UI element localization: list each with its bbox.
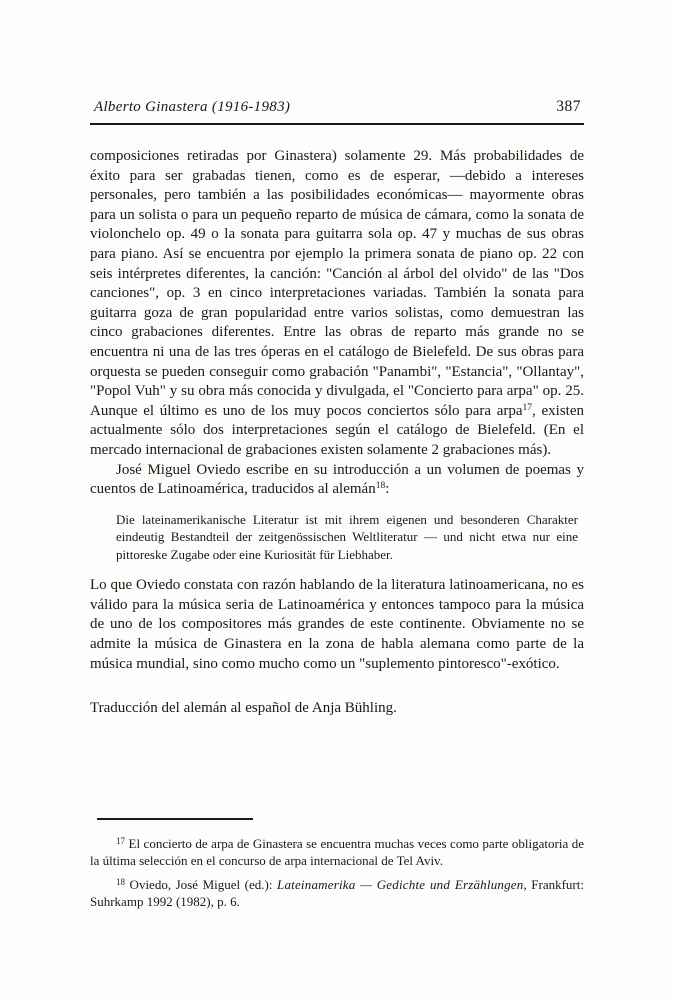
page-number: 387 [556,98,581,116]
scanned-page: Alberto Ginastera (1916-1983) 387 compos… [0,0,674,1000]
body-paragraph-3: Lo que Oviedo constata con razón habland… [90,576,584,674]
running-header-title: Alberto Ginastera (1916-1983) [94,99,290,116]
footnote-ref-18: 18 [376,481,386,491]
footnote-18-text: Oviedo, José Miguel (ed.): [125,877,277,892]
page-content-column: Alberto Ginastera (1916-1983) 387 compos… [90,98,584,719]
body-paragraph-2: José Miguel Oviedo escribe en su introdu… [90,461,584,500]
footnotes-section: 17 El concierto de arpa de Ginastera se … [90,818,584,910]
paragraph-2-text: José Miguel Oviedo escribe en su introdu… [90,462,584,498]
paragraph-2-text-continued: : [385,481,389,497]
german-quote-block: Die lateinamerikanische Literatur ist mi… [116,511,578,564]
footnote-18: 18 Oviedo, José Miguel (ed.): Lateinamer… [90,876,584,910]
body-paragraph-1: composiciones retiradas por Ginastera) s… [90,147,584,461]
footnote-ref-17: 17 [523,403,533,413]
page-header: Alberto Ginastera (1916-1983) 387 [90,98,584,125]
footnote-18-marker: 18 [116,877,125,887]
footnote-separator-rule [97,818,253,820]
footnote-18-citation-title: Lateinamerika — Gedichte und Erzählungen [277,877,523,892]
footnote-17-text: El concierto de arpa de Ginastera se enc… [90,836,584,868]
footnote-17-marker: 17 [116,836,125,846]
article-body: composiciones retiradas por Ginastera) s… [90,147,584,719]
translator-credit-line: Traducción del alemán al español de Anja… [90,699,584,719]
paragraph-1-text: composiciones retiradas por Ginastera) s… [90,148,584,419]
footnote-17: 17 El concierto de arpa de Ginastera se … [90,835,584,869]
